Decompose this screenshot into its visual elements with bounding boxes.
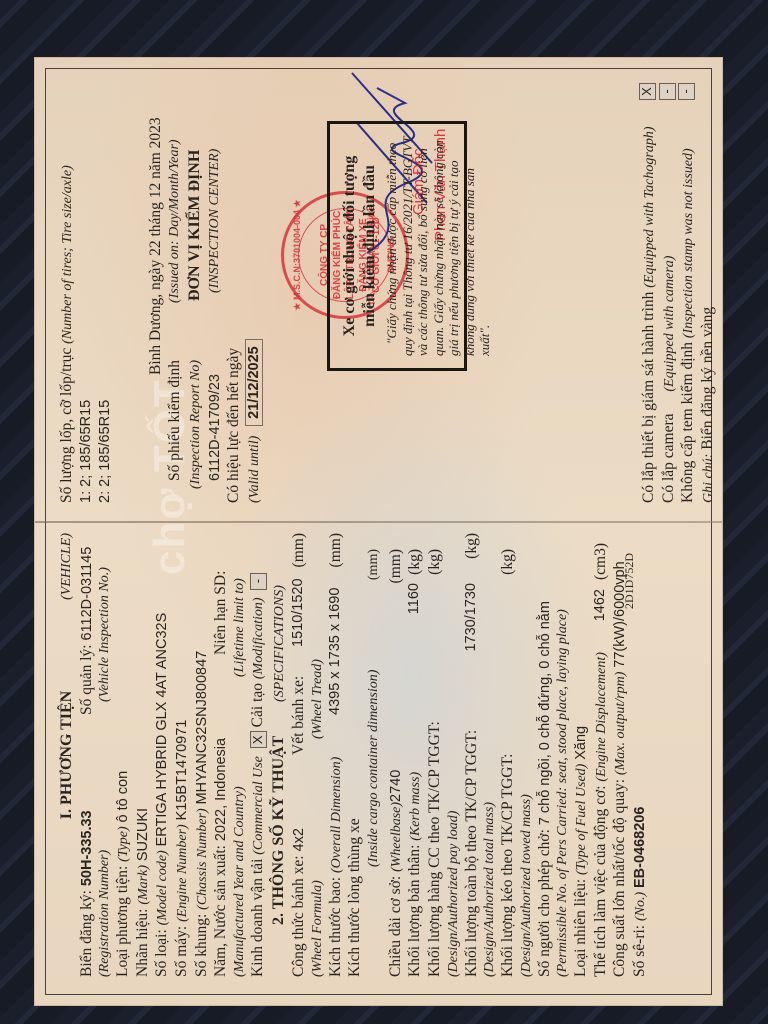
registration-label: Biển đăng ký: [78, 890, 95, 977]
wheel-tread-value: 1510/1520 [289, 578, 309, 647]
chassis-en: (Chassis Number) [195, 808, 210, 910]
model-row: Số loại: (Model code) ERTIGA HYBRID GLX … [152, 533, 172, 977]
modification-label: Cải tạo [249, 683, 266, 727]
camera-label: Có lắp camera [660, 413, 677, 503]
year-en: (Manufactured Year and Country) [232, 786, 247, 977]
kerb-unit: (kg) [405, 549, 425, 575]
valid-label: Có hiệu lực đến hết ngày [225, 348, 242, 503]
seal-ring-top: ★ M.S.C.N:3701004-004 ★ [288, 194, 308, 316]
wheel-tread-label: Vết bánh xe: [289, 676, 309, 755]
right-page: Số lượng lốp, cỡ lốp/trục (Number of tir… [57, 83, 706, 503]
issued-row: Bình Dương, ngày 22 tháng 12 năm 2023 [146, 83, 166, 503]
commercial-row: Kinh doanh vận tải (Commercial Use X Cải… [248, 533, 268, 977]
chassis-row: Số khung: (Chassis Number) MHYANC32SNJ80… [192, 533, 212, 977]
registration-en: (Registration Number) [97, 850, 112, 977]
tachograph-checkbox[interactable]: X [639, 83, 656, 100]
cargo-unit: (mm) [365, 549, 382, 580]
registration-value: 50H-335.33 [79, 810, 95, 886]
kerb-value: 1160 [405, 583, 425, 614]
valid-en: (Valid until) [247, 436, 262, 503]
note-value: Biển đăng ký nền vàng [699, 307, 716, 450]
wheelbase-value: 2740 [388, 770, 404, 802]
total-row: Khối lượng toàn bộ theo TK/CP TGGT: 1730… [462, 533, 482, 977]
mark-label: Nhãn hiệu: [134, 909, 151, 977]
overall-label: Kích thước bao: [327, 877, 344, 977]
engine-row: Số máy: (Engine Number) K15BT1470971 [172, 533, 192, 977]
inspection-certificate: chợ TỐT I. PHƯƠNG TIỆN (VEHICLE) Biển đă… [35, 58, 722, 1005]
year-label: Năm, Nước sản xuất: [212, 845, 229, 977]
power-label: Công suất lớn nhất/tốc độ quay: [611, 779, 628, 977]
year-row: Năm, Nước sản xuất: 2022, Indonesia Niên… [211, 533, 231, 977]
year-en-row: (Manufactured Year and Country) (Lifetim… [231, 533, 248, 977]
cargo-row: Kích thước lòng thùng xe [345, 533, 365, 977]
towed-row: Khối lượng kéo theo TK/CP TGGT: (kg) [498, 533, 518, 977]
payload-label: Khối lượng hàng CC theo TK/CP TGGT: [426, 721, 443, 977]
total-unit: (kg) [462, 533, 482, 559]
camera-checkbox[interactable]: - [659, 83, 676, 100]
total-en: (Design/Authorized total mass) [482, 802, 497, 977]
model-value: ERTIGA HYBRID GLX 4AT ANC32S [154, 613, 170, 847]
type-label: Loại phương tiện: [114, 866, 131, 977]
chassis-value: MHYANC32SNJ800847 [194, 651, 210, 805]
serial-row: Số sê-ri: (No.) EB-0468206 2D1D752D [630, 533, 650, 977]
equipment-section: Có lắp thiết bị giám sát hành trình (Equ… [639, 83, 717, 503]
cargo-label: Kích thước lòng thùng xe [346, 818, 363, 977]
commercial-checkbox[interactable]: X [250, 731, 267, 748]
wheel-formula-en-row: (Wheel Formula) (Wheel Tread) [309, 533, 326, 977]
fuel-row: Loại nhiên liệu: (Type of Fuel Used) Xăn… [571, 533, 591, 977]
section2-title-en: (SPECIFICATIONS) [272, 585, 287, 702]
total-value: 1730/1730 [462, 583, 482, 652]
commercial-label: Kinh doanh vận tải [249, 859, 266, 977]
management-en: (Vehicle Inspection No.) [96, 567, 113, 702]
serial-en: (No.) [633, 892, 648, 921]
camera-en: (Equipped with camera) [662, 256, 677, 392]
modification-checkbox[interactable]: - [250, 573, 267, 590]
serial-value: EB-0468206 [632, 807, 648, 888]
wheel-formula-en: (Wheel Formula) [310, 880, 325, 977]
overall-row: Kích thước bao: (Overall Dimension) 4395… [326, 533, 346, 977]
notice-body: "Giấy chứng nhận được cấp miễn theo quy … [384, 136, 493, 356]
tachograph-label: Có lắp thiết bị giám sát hành trình [640, 292, 657, 503]
fuel-en: (Type of Fuel Used) [574, 764, 589, 875]
cargo-en-row: (Inside cargo container dimension) (mm) [365, 533, 382, 977]
management-label: Số quản lý: [78, 644, 95, 715]
valid-value: 21/12/2025 [245, 339, 263, 426]
fold-line [35, 521, 722, 523]
model-en: (Model code) [155, 850, 170, 925]
lifetime-en: (Lifetime limit to) [231, 578, 248, 677]
report-row: Số phiếu kiểm định (Issued on: Day/Month… [165, 83, 185, 503]
engine-value: K15BT1470971 [174, 720, 190, 821]
kerb-en: (Kerb mass) [408, 772, 423, 841]
report-value-row: 6112D-41709/23 (INSPECTION CENTER) [205, 83, 225, 503]
issued-place-date: Bình Dương, ngày 22 tháng 12 năm 2023 [146, 117, 166, 375]
camera-row: Có lắp camera (Equipped with camera) - [659, 83, 679, 503]
mark-value: SUZUKI [135, 808, 151, 861]
persons-value: 7 chỗ ngồi, 0 chỗ đứng, 0 chỗ nằm [537, 601, 553, 825]
persons-en-row: (Permissible No. of Pers Carried: seat, … [554, 533, 571, 977]
stamp-en: (Inspection stamp was not issued) [681, 148, 696, 338]
wheelbase-unit: (mm) [386, 549, 406, 583]
kerb-row: Khối lượng bản thân: (Kerb mass) 1160 (k… [405, 533, 425, 977]
engine-label: Số máy: [173, 926, 190, 977]
center-en: (INSPECTION CENTER) [205, 149, 225, 293]
type-en: (Type) [116, 826, 131, 862]
mark-en: (Mark) [136, 865, 151, 905]
section1-heading: I. PHƯƠNG TIỆN (VEHICLE) [57, 533, 77, 977]
commercial-en: (Commercial Use [251, 756, 266, 855]
displacement-value: 1462 [591, 589, 611, 621]
overall-en: (Overall Dimension) [329, 757, 344, 873]
towed-unit: (kg) [498, 549, 518, 575]
tires-axle-2: 2: 2; 185/65R15 [96, 83, 116, 503]
lifetime-label: Niên hạn SD: [211, 571, 231, 655]
registration-row: Biển đăng ký: 50H-335.33 Số quản lý: 611… [77, 533, 97, 977]
persons-en: (Permissible No. of Pers Carried: seat, … [555, 609, 570, 977]
engine-en: (Engine Number) [175, 824, 190, 922]
displacement-unit: (cm3) [591, 543, 611, 580]
payload-row: Khối lượng hàng CC theo TK/CP TGGT: (kg) [425, 533, 445, 977]
persons-label: Số người cho phép chở: [536, 829, 553, 977]
wheelbase-row: Chiều dài cơ sở: (Wheelbase)2740 (mm) [386, 533, 406, 977]
towed-label: Khối lượng kéo theo TK/CP TGGT: [499, 754, 516, 978]
tires-label: Số lượng lốp, cỡ lốp/trục [58, 348, 75, 503]
wheelbase-label: Chiều dài cơ sở: [387, 876, 404, 977]
persons-row: Số người cho phép chở: 7 chỗ ngồi, 0 chỗ… [535, 533, 555, 977]
issued-en: (Issued on: Day/Month/Year) [165, 139, 185, 303]
management-value: 6112D-031145 [79, 547, 95, 641]
displacement-en: (Engine Displacement) [594, 652, 609, 781]
tires-en: (Number of tires; Tire size/axle) [60, 165, 75, 344]
tires-row: Số lượng lốp, cỡ lốp/trục (Number of tir… [57, 83, 77, 503]
fuel-value: Xăng [573, 726, 589, 760]
left-page: I. PHƯƠNG TIỆN (VEHICLE) Biển đăng ký: 5… [57, 533, 706, 977]
cargo-en: (Inside cargo container dimension) [365, 670, 382, 867]
overall-value: 4395 x 1735 x 1690 [326, 588, 346, 715]
section1-title: I. PHƯƠNG TIỆN [58, 691, 75, 819]
report-value: 6112D-41709/23 [207, 374, 223, 481]
mark-row: Nhãn hiệu: (Mark) SUZUKI [133, 533, 153, 977]
type-value: ô tô con [115, 771, 131, 823]
exemption-notice-box: Xe cơ giới thuộc đối tượng miễn kiểm địn… [327, 121, 467, 371]
notice-title-line-1: Xe cơ giới thuộc đối tượng [340, 136, 360, 356]
model-label: Số loại: [153, 929, 170, 977]
note-row: Ghi chú: Biển đăng ký nền vàng [698, 83, 718, 503]
payload-en: (Design/Authorized pay load) [446, 811, 461, 977]
serial-label: Số sê-ri: [631, 925, 648, 977]
power-en: (Max. output/rpm) [613, 672, 628, 775]
wheel-tread-en: (Wheel Tread) [309, 659, 326, 739]
registration-en-row: (Registration Number) (Vehicle Inspectio… [96, 533, 113, 977]
wheel-tread-unit: (mm) [289, 533, 309, 567]
center-title: ĐƠN VỊ KIỂM ĐỊNH [185, 150, 205, 301]
stamp-row: Không cấp tem kiểm định (Inspection stam… [678, 83, 698, 503]
tachograph-row: Có lắp thiết bị giám sát hành trình (Equ… [639, 83, 659, 503]
note-label: Ghi chú: [701, 454, 716, 503]
tires-axle-1: 1: 2; 185/65R15 [77, 83, 97, 503]
payload-unit: (kg) [425, 549, 445, 575]
section2-heading: 2. THÔNG SỐ KỸ THUẬT (SPECIFICATIONS) [269, 533, 289, 977]
total-label: Khối lượng toàn bộ theo TK/CP TGGT: [463, 730, 480, 977]
wheel-formula-value: 4x2 [291, 828, 307, 851]
valid-value-row: (Valid until) 21/12/2025 [244, 83, 264, 503]
document-code: 2D1D752D [620, 553, 640, 609]
chassis-label: Số khung: [193, 914, 210, 977]
valid-row: Có hiệu lực đến hết ngày [224, 83, 244, 503]
notice-title-line-2: miễn kiểm định lần đầu [360, 136, 380, 356]
towed-en: (Design/Authorized towed mass) [519, 794, 534, 977]
modification-en: (Modification) [251, 597, 266, 679]
total-en-row: (Design/Authorized total mass) [481, 533, 498, 977]
type-row: Loại phương tiện: (Type) ô tô con [113, 533, 133, 977]
displacement-label: Thể tích làm việc của động cơ: [592, 785, 609, 977]
stamp-label: Không cấp tem kiểm định [679, 342, 696, 503]
report-label: Số phiếu kiểm định [166, 360, 183, 481]
kerb-label: Khối lượng bản thân: [406, 845, 423, 977]
fuel-label: Loại nhiên liệu: [572, 879, 589, 977]
stamp-checkbox[interactable]: - [678, 83, 695, 100]
towed-en-row: (Design/Authorized towed mass) [518, 533, 535, 977]
payload-en-row: (Design/Authorized pay load) [445, 533, 462, 977]
section2-title: 2. THÔNG SỐ KỸ THUẬT [270, 736, 287, 925]
wheelbase-en: (Wheelbase) [389, 802, 404, 872]
displacement-row: Thể tích làm việc của động cơ: (Engine D… [591, 533, 611, 977]
report-en: (Inspection Report No) [188, 360, 203, 489]
wheel-formula-row: Công thức bánh xe: 4x2 Vết bánh xe: 1510… [289, 533, 309, 977]
wheel-formula-label: Công thức bánh xe: [290, 855, 307, 977]
report-en-row: (Inspection Report No) ĐƠN VỊ KIỂM ĐỊNH [185, 83, 205, 503]
year-value: 2022, Indonesia [213, 738, 229, 841]
overall-unit: (mm) [326, 533, 346, 567]
tachograph-en: (Equipped with Tachograph) [642, 126, 657, 287]
section1-title-en: (VEHICLE) [57, 533, 77, 600]
